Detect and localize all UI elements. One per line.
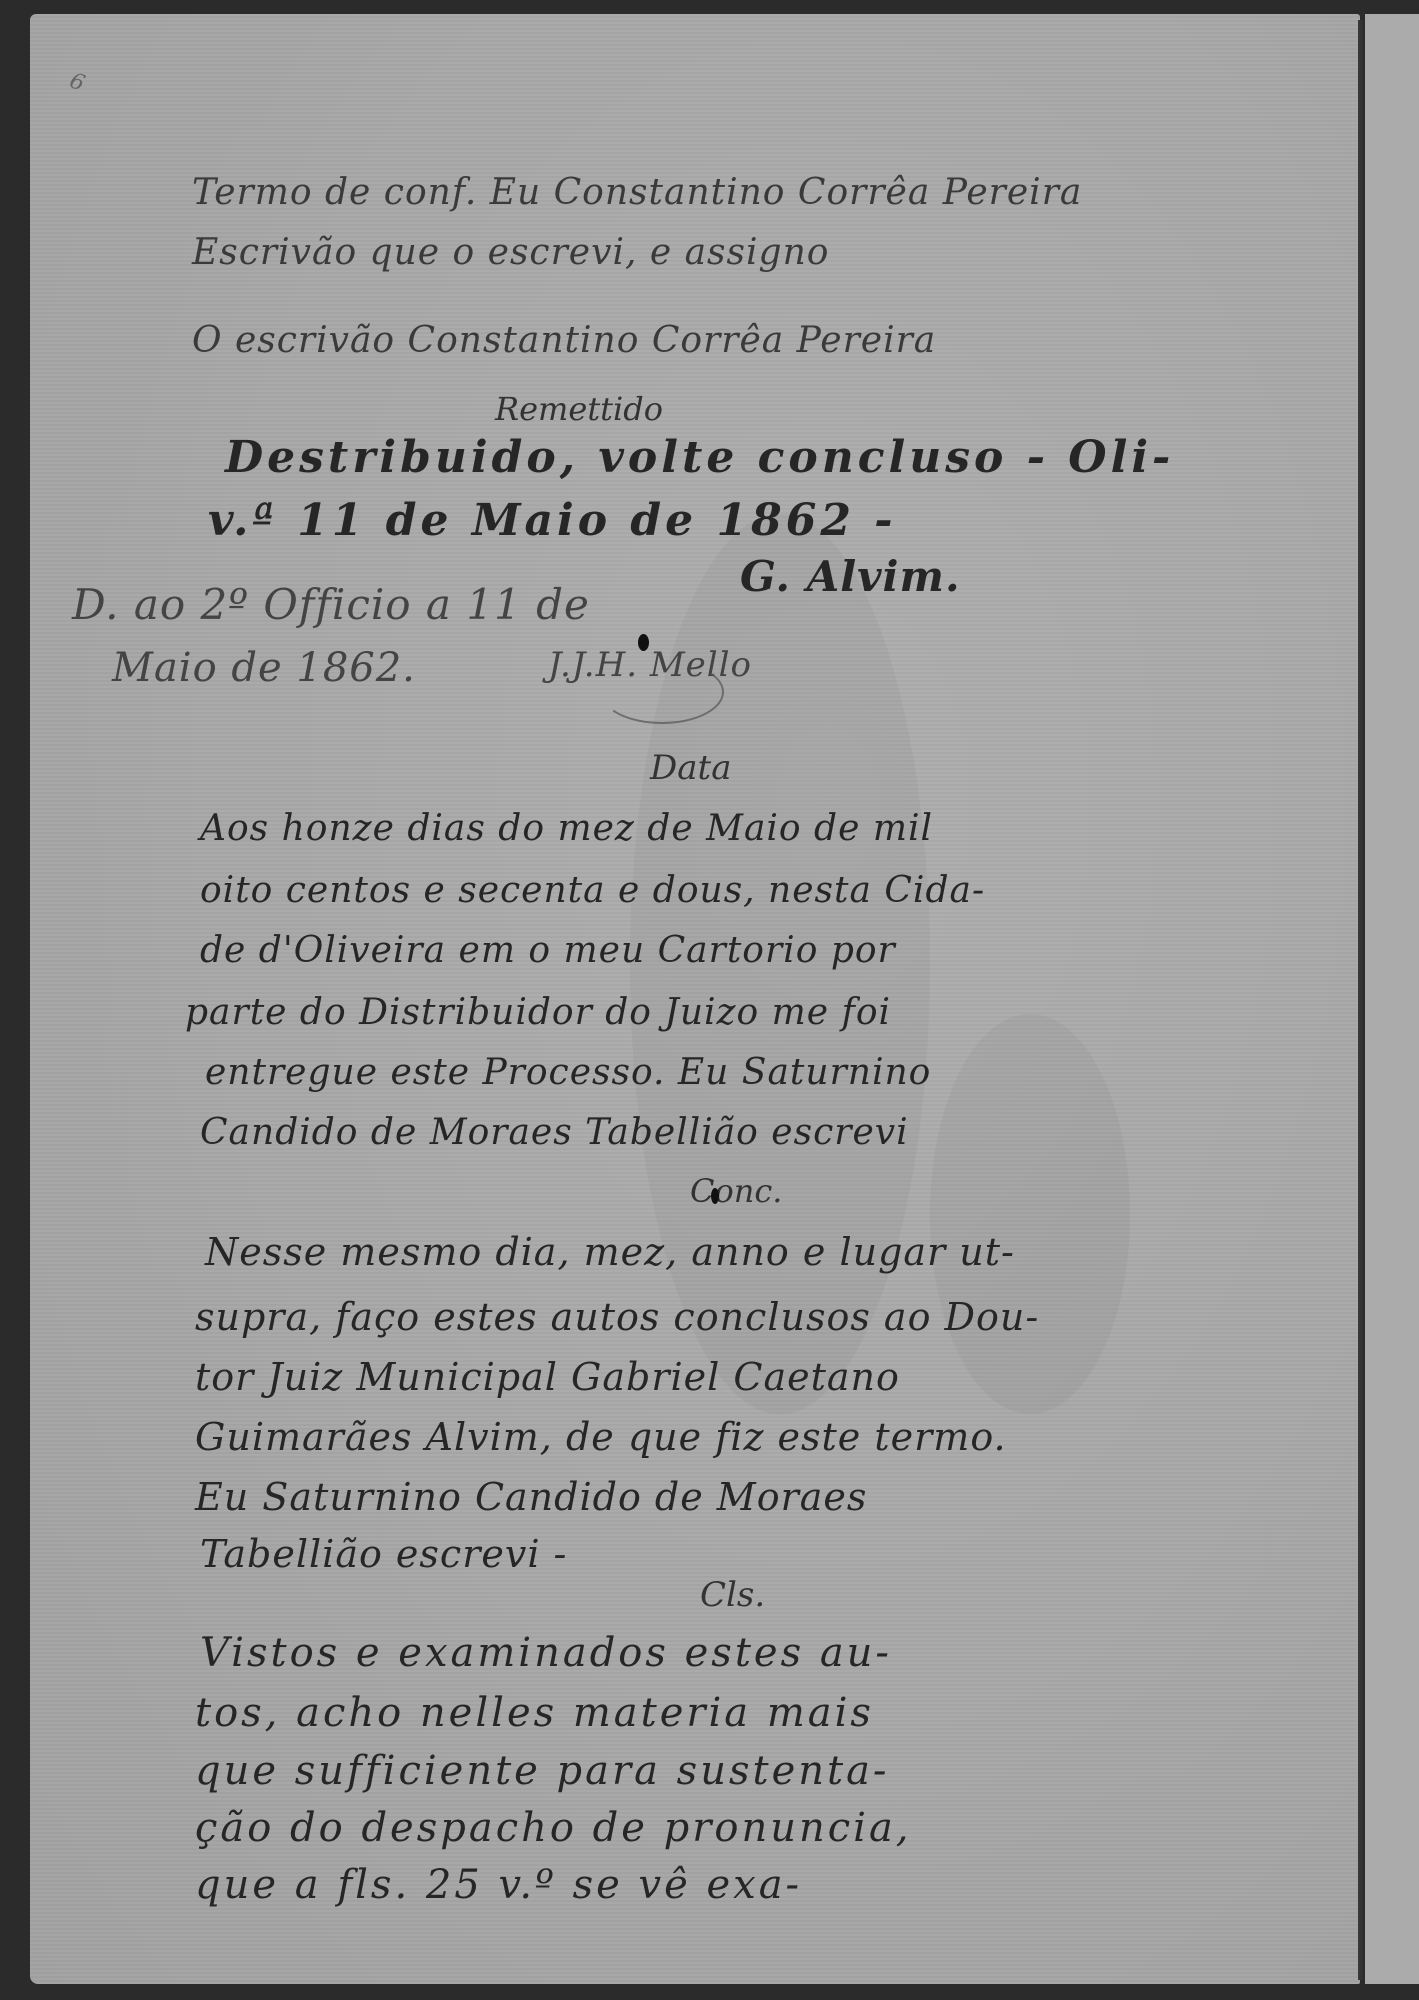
conclusao-line-3: tor Juiz Municipal Gabriel Caetano xyxy=(195,1355,900,1399)
conclusao-heading: Conc. xyxy=(690,1172,782,1210)
data-line-4: parte do Distribuidor do Juizo me foi xyxy=(185,992,891,1033)
despacho-line-3: que sufficiente para sustenta- xyxy=(195,1748,889,1794)
adjacent-page-edge xyxy=(1365,14,1419,1984)
data-line-6: Candido de Moraes Tabellião escrevi xyxy=(200,1112,909,1153)
termo-signature-line: O escrivão Constantino Corrêa Pereira xyxy=(192,320,936,361)
despacho-heading: Cls. xyxy=(700,1575,765,1615)
data-line-2: oito centos e secenta e dous, nesta Cida… xyxy=(200,870,985,911)
page-fold-line xyxy=(1358,20,1363,1980)
conclusao-line-4: Guimarães Alvim, de que fiz este termo. xyxy=(195,1415,1007,1459)
distribuicao-line-2: Maio de 1862. xyxy=(112,645,416,691)
distribuicao-line-1: D. ao 2º Officio a 11 de xyxy=(72,580,590,629)
ink-blot xyxy=(638,634,649,651)
remettido-line-1: Destribuido, volte concluso - Oli- xyxy=(225,432,1174,483)
conclusao-line-6: Tabellião escrevi - xyxy=(200,1532,567,1576)
termo-line-1: Termo de conf. Eu Constantino Corrêa Per… xyxy=(192,172,1082,213)
despacho-line-4: ção do despacho de pronuncia, xyxy=(195,1805,912,1851)
despacho-line-2: tos, acho nelles materia mais xyxy=(195,1690,874,1736)
paper-stain xyxy=(930,1014,1130,1414)
termo-line-2: Escrivão que o escrevi, e assigno xyxy=(192,232,829,273)
despacho-line-1: Vistos e examinados estes au- xyxy=(200,1630,892,1676)
conclusao-line-5: Eu Saturnino Candido de Moraes xyxy=(195,1475,867,1519)
conclusao-line-1: Nesse mesmo dia, mez, anno e lugar ut- xyxy=(205,1230,1015,1274)
data-line-3: de d'Oliveira em o meu Cartorio por xyxy=(200,930,896,971)
conclusao-line-2: supra, faço estes autos conclusos ao Dou… xyxy=(195,1295,1039,1339)
ink-blot xyxy=(711,1188,719,1204)
signature-flourish xyxy=(600,660,724,724)
despacho-line-5: que a fls. 25 v.º se vê exa- xyxy=(195,1862,802,1908)
data-line-5: entregue este Processo. Eu Saturnino xyxy=(205,1052,931,1093)
data-heading: Data xyxy=(650,748,731,788)
remettido-line-2: v.ª 11 de Maio de 1862 - xyxy=(208,495,897,546)
data-line-1: Aos honze dias do mez de Maio de mil xyxy=(200,808,933,849)
remettido-heading: Remettido xyxy=(495,390,663,428)
remettido-signature: G. Alvim. xyxy=(740,552,961,601)
